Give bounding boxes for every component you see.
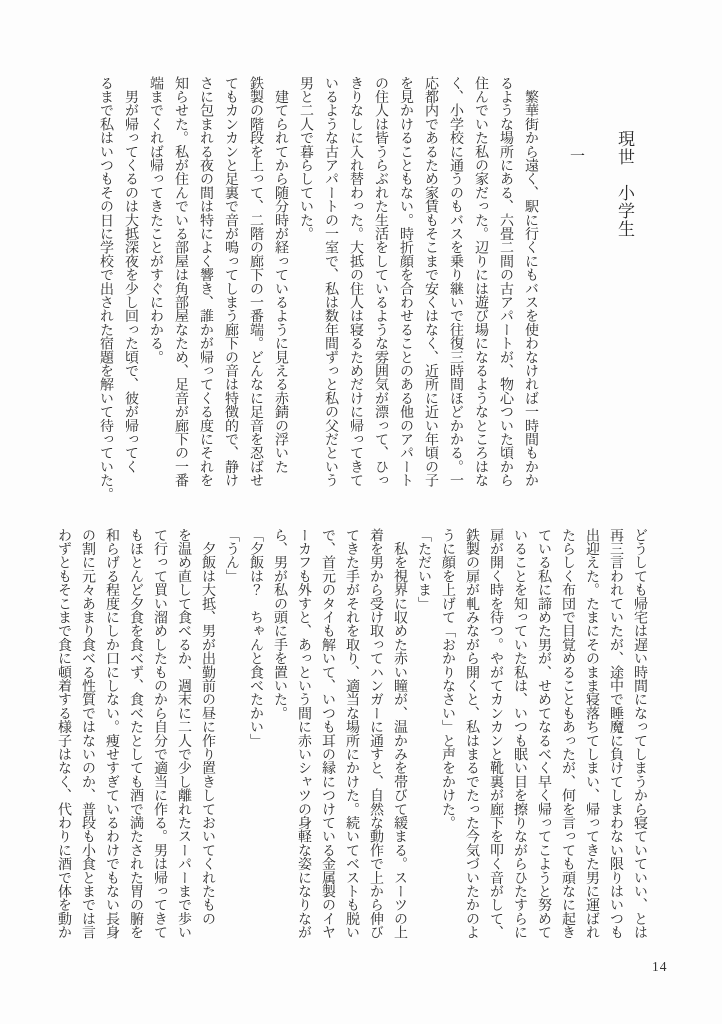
text-band-top: 繁華街から遠く、駅に行くにもバスを使わなければ一時間もかかるような場所にある、六… [93, 76, 543, 516]
text-column: 男が帰ってくるのは大抵深夜を少し回った頃で、彼が帰ってく [118, 76, 143, 516]
text-column: てきた手がそれを取り、適当な場所にかけた。続いてベストも脱い [339, 528, 363, 968]
page-number: 14 [652, 959, 668, 975]
text-column: 男と二人で暮らしていた。 [293, 76, 318, 516]
text-column: どうしても帰宅は遅い時間になってしまうから寝ていていい、とは [627, 528, 651, 968]
section-title: 現世 小学生 [612, 130, 637, 238]
book-page: 現世 小学生 一 繁華街から遠く、駅に行くにもバスを使わなければ一時間もかかるよ… [0, 0, 722, 1024]
text-column: 夕飯は大抵、男が出勤前の昼に作り置きしておいてくれたもの [195, 528, 219, 968]
text-column: 鉄製の扉が軋みながら開くと、私はまるでたった今気づいたかのよ [459, 528, 483, 968]
text-column: を温め直して食べるか、週末に二人で少し離れたスーパーまで歩い [171, 528, 195, 968]
text-column: いるような古アパートの一室で、私は数年間ずっと私の父だという [318, 76, 343, 516]
text-column: の割に元々あまり食べる性質ではないのか、普段も小食とまでは言 [75, 528, 99, 968]
text-column: もほとんど夕食を食べず、食べたとしても酒で満たされた胃の腑を [123, 528, 147, 968]
text-column: 私を視界に収めた赤い瞳が、温かみを帯びて緩まる。スーツの上 [387, 528, 411, 968]
text-band-bottom: どうしても帰宅は遅い時間になってしまうから寝ていていい、とは再三言われていたが、… [51, 528, 651, 968]
chapter-number: 一 [566, 148, 587, 163]
text-column: を見かけることもない。時折顔を合わせることのある他のアパート [393, 76, 418, 516]
text-column: 和らげる程度にしか口にしない。痩せすぎているわけでもない長身 [99, 528, 123, 968]
text-column: 「夕飯は？ ちゃんと食べたかい」 [243, 528, 267, 968]
text-column: いることを知っていた私は、いつも眠い目を擦りながらひたすらに [507, 528, 531, 968]
text-column: ら、男が私の頭に手を置いた。 [267, 528, 291, 968]
text-column: 再三言われていたが、途中で睡魔に負けてしまわない限りはいつも [603, 528, 627, 968]
text-column: たらしく布団で目覚めることもあったが、何を言っても頑なに起き [555, 528, 579, 968]
text-column: の住人は皆うらぶれた生活をしているような雰囲気が漂って、ひっ [368, 76, 393, 516]
text-column: わずともそこまで食に頓着する様子はなく、代わりに酒で体を動か [51, 528, 75, 968]
text-column: 「うん」 [219, 528, 243, 968]
text-column: ーカフも外すと、あっという間に赤いシャツの身軽な姿になりなが [291, 528, 315, 968]
text-column: で、首元のタイも解いて、いつも耳の縁につけている金属製のイヤ [315, 528, 339, 968]
text-column: 鉄製の階段を上って、二階の廊下の一番端。どんなに足音を忍ばせ [243, 76, 268, 516]
text-column: 建てられてから随分時が経っているように見える赤錆の浮いた [268, 76, 293, 516]
text-column: るような場所にある、六畳二間の古アパートが、物心ついた頃から [493, 76, 518, 516]
text-column: 応都内であるため家賃もそこまで安くはなく、近所に近い年頃の子 [418, 76, 443, 516]
text-column: く、小学校に通うのもバスを乗り継いで往復三時間ほどかかる。一 [443, 76, 468, 516]
text-column: てもカンカンと足裏で音が鳴ってしまう廊下の音は特徴的で、静け [218, 76, 243, 516]
text-column: 「ただいま」 [411, 528, 435, 968]
text-column: て行って買い溜めしたものから自分で適当に作る。男は帰ってきて [147, 528, 171, 968]
text-column: ている私に諦めた男が、せめてなるべく早く帰ってこようと努めて [531, 528, 555, 968]
text-column: 知らせた。私が住んでいる部屋は角部屋なため、足音が廊下の一番 [168, 76, 193, 516]
text-column: 扉が開く時を待つ。やがてカンカンと靴裏が廊下を叩く音がして、 [483, 528, 507, 968]
text-column: るまで私はいつもその日に学校で出された宿題を解いて待っていた。 [93, 76, 118, 516]
text-column: 出迎えた。たまにそのまま寝落ちてしまい、帰ってきた男に運ばれ [579, 528, 603, 968]
text-column: うに顔を上げて「おかりなさい」と声をかけた。 [435, 528, 459, 968]
text-column: 着を男から受け取ってハンガーに通すと、自然な動作で上から伸び [363, 528, 387, 968]
text-column: さに包まれる夜の間は特によく響き、誰かが帰ってくる度にそれを [193, 76, 218, 516]
text-column: 住んでいた私の家だった。辺りには遊び場になるようなところはな [468, 76, 493, 516]
text-column: 繁華街から遠く、駅に行くにもバスを使わなければ一時間もかか [518, 76, 543, 516]
text-column: きりなしに入れ替わった。大抵の住人は寝るためだけに帰ってきて [343, 76, 368, 516]
text-column: 端までくれば帰ってきたことがすぐにわかる。 [143, 76, 168, 516]
